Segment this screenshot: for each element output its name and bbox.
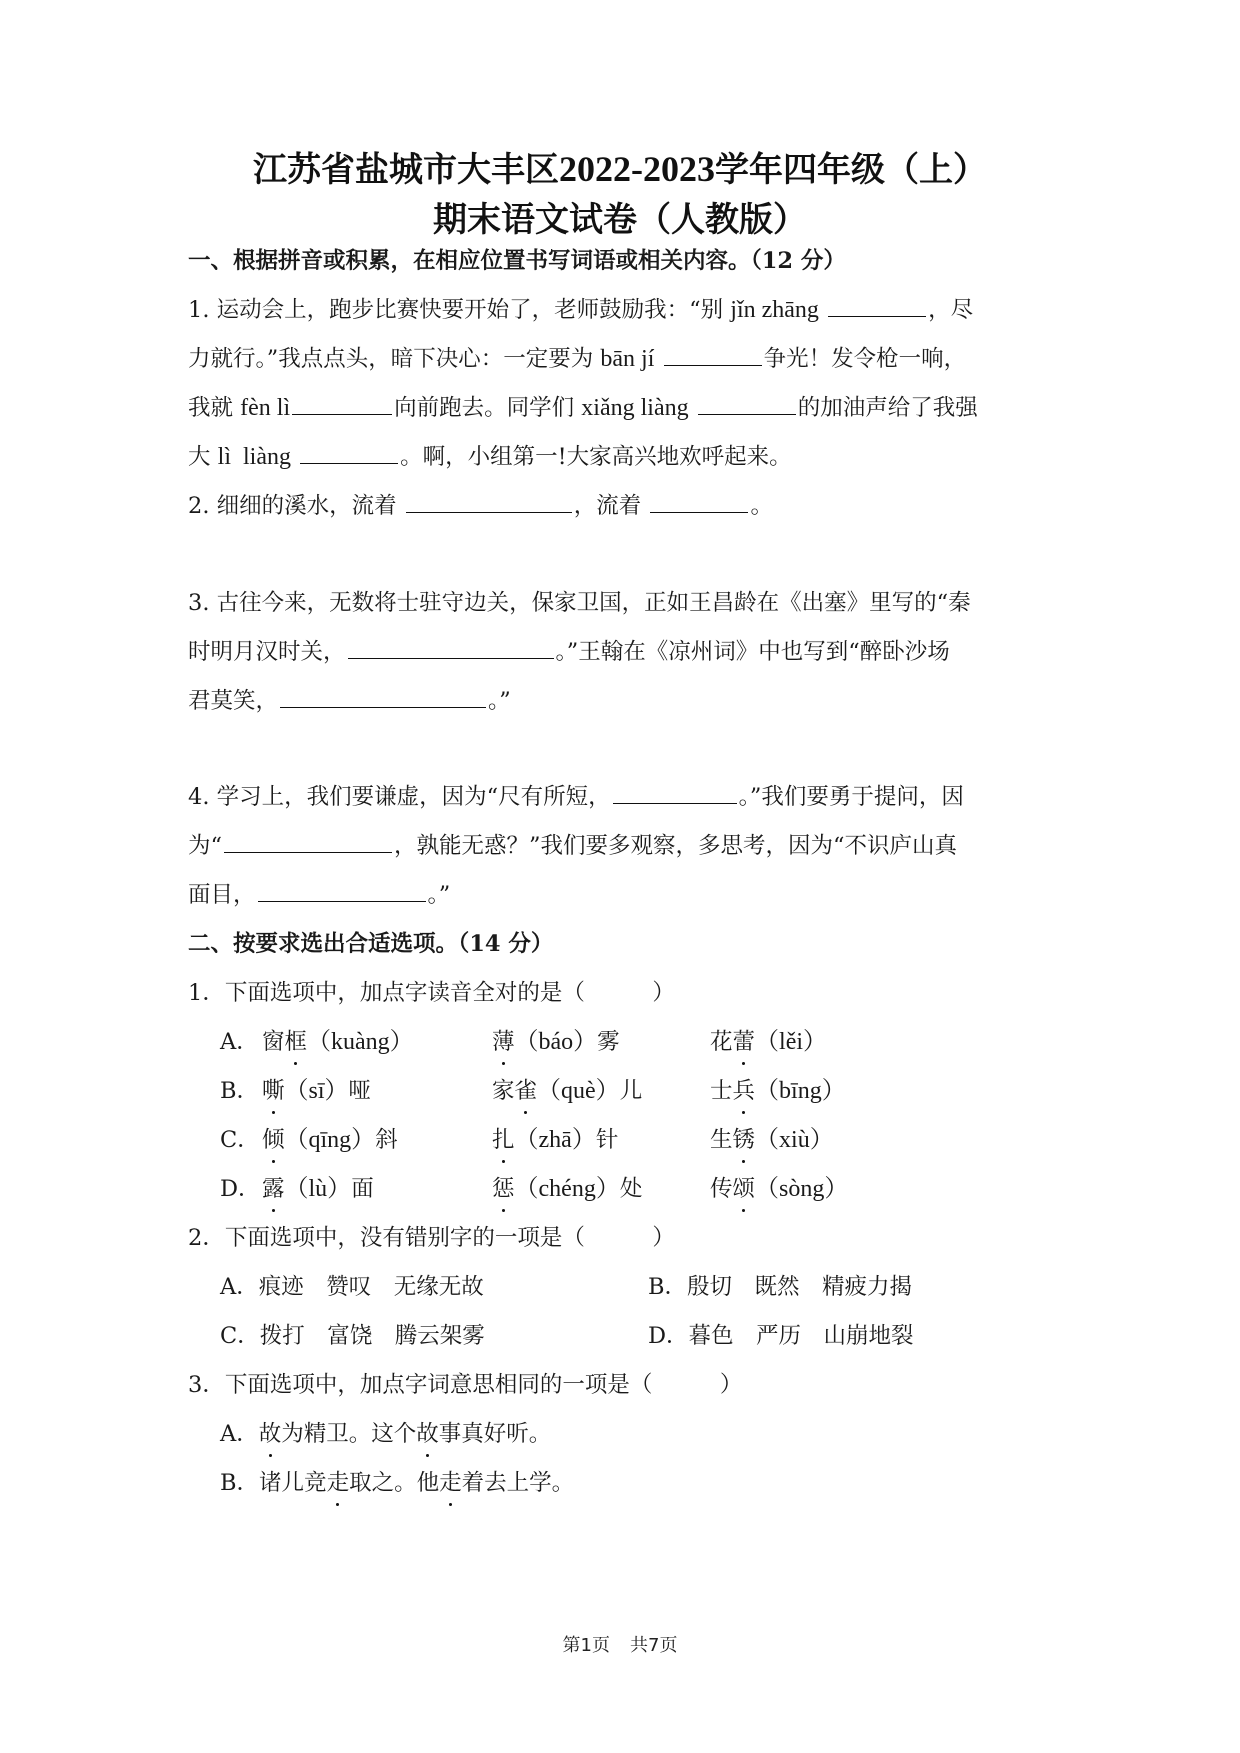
option-D-item-1: 露（lù）面: [262, 1173, 374, 1205]
section2-heading: 二、按要求选出合适选项。（14 分）: [188, 928, 553, 960]
s1-q1-line1: 1. 运动会上，跑步比赛快要开始了，老师鼓励我：“别 jǐn zhāng ，尽: [188, 294, 973, 326]
text: 的加油声给了我强: [798, 395, 978, 421]
answer-blank[interactable]: [828, 294, 926, 317]
text: 我就: [188, 395, 240, 421]
dotted-char: 颂: [733, 1173, 756, 1205]
title-grade: 学年四年级（上）: [715, 150, 987, 190]
option-C-item-2: 扎（zhā）针: [492, 1124, 618, 1156]
s1-q1-line4: 大 lì liàng 。啊，小组第一!大家高兴地欢呼起来。: [188, 441, 792, 473]
text: 时明月汉时关，: [188, 639, 346, 665]
exam-title-line2: 期末语文试卷（人教版）: [0, 192, 1240, 241]
dotted-char: 走: [327, 1467, 350, 1499]
s2-q3-stem: 3．下面选项中，加点字词意思相同的一项是（ ）: [188, 1369, 742, 1401]
option-B-item-3: 士兵（bīng）: [710, 1075, 846, 1107]
section1-heading: 一、根据拼音或积累，在相应位置书写词语或相关内容。（12 分）: [188, 245, 846, 277]
s1-q4-line1: 4. 学习上，我们要谦虚，因为“尺有所短，。”我们要勇于提问，因: [188, 781, 964, 813]
answer-blank[interactable]: [348, 636, 554, 659]
s2-q2-option-C[interactable]: C．拨打 富饶 腾云架雾: [220, 1320, 485, 1352]
text: 4. 学习上，我们要谦虚，因为“尺有所短，: [188, 784, 611, 810]
answer-blank[interactable]: [650, 490, 748, 513]
option-A-item-3: 花蕾（lěi）: [710, 1026, 827, 1058]
dotted-char: 嘶: [262, 1075, 285, 1107]
text: 1. 运动会上，跑步比赛快要开始了，老师鼓励我：“别: [188, 297, 730, 323]
pinyin: xiǎng liàng: [581, 395, 688, 421]
page-footer: 第1页共7页: [0, 1631, 1240, 1657]
answer-blank[interactable]: [280, 685, 486, 708]
page-total: 共7页: [630, 1635, 677, 1656]
s1-q3-line3: 君莫笑，。”: [188, 685, 511, 717]
text: 。”我们要勇于提问，因: [739, 784, 964, 810]
text: 向前跑去。同学们: [394, 395, 581, 421]
option-A-label[interactable]: A．: [220, 1026, 259, 1058]
s2-q3-option-A[interactable]: A．故为精卫。这个故事真好听。: [220, 1418, 551, 1450]
dotted-char: 锈: [733, 1124, 756, 1156]
option-B-label[interactable]: B．: [220, 1075, 259, 1107]
s1-q4-line2: 为“，孰能无惑？”我们要多观察，多思考，因为“不识庐山真: [188, 830, 957, 862]
dotted-char: 薄: [492, 1026, 515, 1058]
s2-q2-option-B[interactable]: B．殷切 既然 精疲力揭: [648, 1271, 912, 1303]
answer-blank[interactable]: [406, 490, 572, 513]
text: 。”王翰在《凉州词》中也写到“醉卧沙场: [556, 639, 950, 665]
s1-q1-line3: 我就 fèn lì向前跑去。同学们 xiǎng liàng 的加油声给了我强: [188, 392, 978, 424]
dotted-char: 故: [416, 1418, 439, 1450]
pinyin: lì liàng: [218, 444, 291, 470]
exam-page: 江苏省盐城市大丰区2022-2023学年四年级（上） 期末语文试卷（人教版） 一…: [0, 0, 1240, 1753]
text: 大: [188, 444, 218, 470]
text: 。: [750, 493, 773, 519]
text: 力就行。”我点点头，暗下决心：一定要为: [188, 346, 600, 372]
dotted-char: 扎: [492, 1124, 515, 1156]
option-A-item-1: 窗框（kuàng）: [262, 1026, 414, 1058]
text: 为“: [188, 833, 222, 859]
dotted-char: 雀: [515, 1075, 538, 1107]
option-C-label[interactable]: C．: [220, 1124, 260, 1156]
option-B-item-2: 家雀（què）儿: [492, 1075, 642, 1107]
dotted-char: 倾: [262, 1124, 285, 1156]
text: ，尽: [928, 297, 973, 323]
text: 面目，: [188, 882, 256, 908]
s2-q2-option-D[interactable]: D．暮色 严历 山崩地裂: [648, 1320, 914, 1352]
option-C-item-3: 生锈（xiù）: [710, 1124, 834, 1156]
title-year: 2022-2023: [559, 149, 715, 189]
option-D-item-2: 惩（chéng）处: [492, 1173, 642, 1205]
answer-blank[interactable]: [664, 343, 762, 366]
s1-q3-line2: 时明月汉时关，。”王翰在《凉州词》中也写到“醉卧沙场: [188, 636, 950, 668]
text: ，流着: [574, 493, 649, 519]
s1-q2: 2. 细细的溪水，流着 ，流着 。: [188, 490, 773, 522]
option-D-item-3: 传颂（sòng）: [710, 1173, 848, 1205]
s1-q1-line2: 力就行。”我点点头，暗下决心：一定要为 bān jí 争光！发令枪一响，: [188, 343, 966, 375]
option-A-item-2: 薄（báo）雾: [492, 1026, 620, 1058]
text: 。”: [428, 882, 451, 908]
text: 君莫笑，: [188, 688, 278, 714]
s2-q3-option-B[interactable]: B．诸儿竞走取之。他走着去上学。: [220, 1467, 574, 1499]
text: 争光！发令枪一响，: [764, 346, 967, 372]
exam-title-line1: 江苏省盐城市大丰区2022-2023学年四年级（上）: [0, 142, 1240, 191]
answer-blank[interactable]: [698, 392, 796, 415]
option-C-item-1: 倾（qīng）斜: [262, 1124, 398, 1156]
answer-blank[interactable]: [224, 830, 392, 853]
dotted-char: 兵: [733, 1075, 756, 1107]
dotted-char: 露: [262, 1173, 285, 1205]
option-B-item-1: 嘶（sī）哑: [262, 1075, 371, 1107]
page-number: 第1页: [563, 1635, 610, 1656]
s2-q2-option-A[interactable]: A．痕迹 赞叹 无缘无故: [220, 1271, 484, 1303]
s2-q1-stem: 1．下面选项中，加点字读音全对的是（ ）: [188, 977, 675, 1009]
answer-blank[interactable]: [292, 392, 392, 415]
dotted-char: 惩: [492, 1173, 515, 1205]
s2-q2-stem: 2．下面选项中，没有错别字的一项是（ ）: [188, 1222, 675, 1254]
text: 。”: [488, 688, 511, 714]
answer-blank[interactable]: [258, 879, 426, 902]
text: ，孰能无惑？”我们要多观察，多思考，因为“不识庐山真: [394, 833, 957, 859]
s1-q4-line3: 面目，。”: [188, 879, 450, 911]
dotted-char: 框: [285, 1026, 308, 1058]
text: 2. 细细的溪水，流着: [188, 493, 404, 519]
dotted-char: 蕾: [733, 1026, 756, 1058]
dotted-char: 故: [259, 1418, 282, 1450]
text: 。啊，小组第一!大家高兴地欢呼起来。: [400, 444, 792, 470]
title-region: 江苏省盐城市大丰区: [253, 150, 559, 190]
dotted-char: 走: [439, 1467, 462, 1499]
answer-blank[interactable]: [613, 781, 737, 804]
option-D-label[interactable]: D．: [220, 1173, 261, 1205]
answer-blank[interactable]: [300, 441, 398, 464]
pinyin: jǐn zhāng: [730, 297, 819, 323]
pinyin: fèn lì: [240, 395, 290, 421]
pinyin: bān jí: [600, 346, 654, 372]
s1-q3-line1: 3. 古往今来，无数将士驻守边关，保家卫国，正如王昌龄在《出塞》里写的“秦: [188, 587, 971, 619]
